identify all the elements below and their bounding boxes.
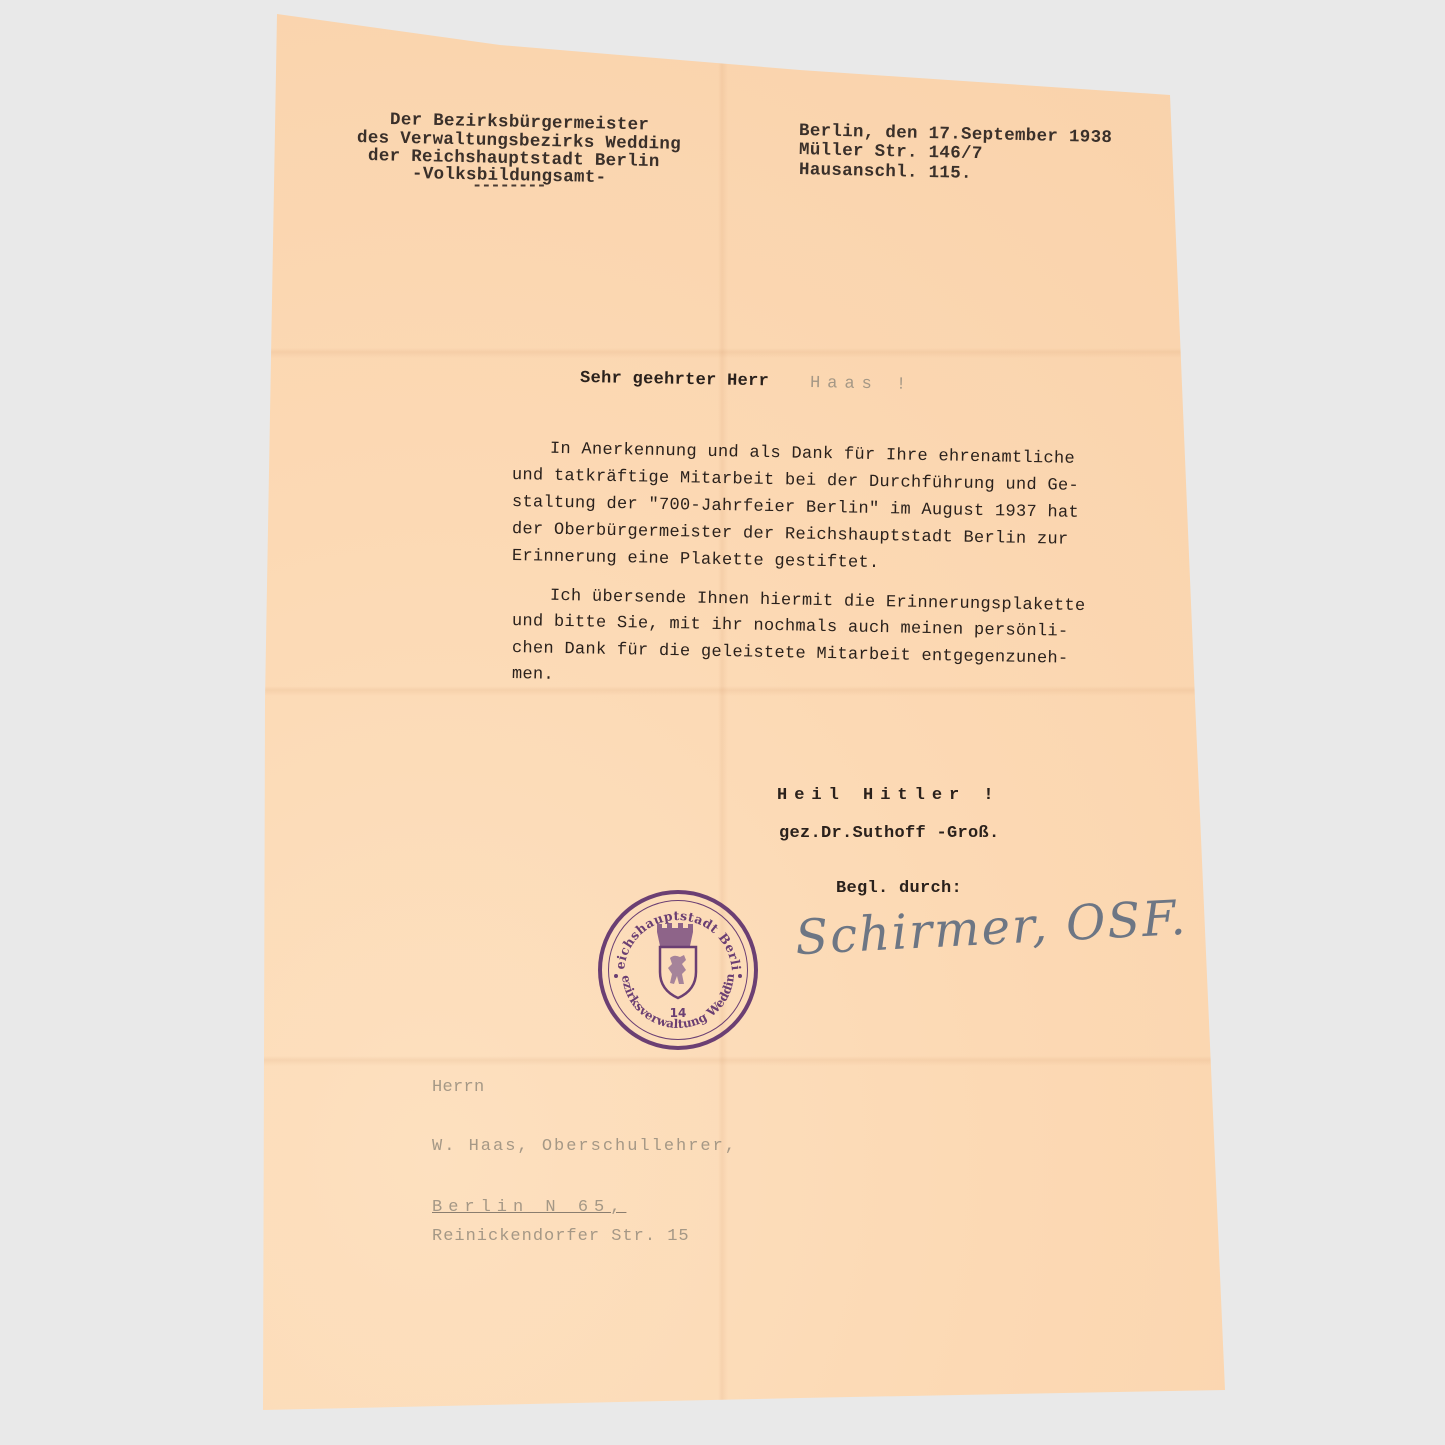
address-street: Reinickendorfer Str. 15 — [432, 1227, 690, 1246]
official-stamp: Reichshauptstadt Berlin Bezirksverwaltun… — [598, 890, 758, 1050]
stamp-number: 14 — [602, 1006, 754, 1020]
certified-label: Begl. durch: — [836, 879, 962, 898]
salutation-text: Sehr geehrter Herr — [580, 369, 769, 391]
signed-by: gez.Dr.Suthoff -Groß. — [779, 824, 1000, 843]
address-name: W. Haas, Oberschullehrer, — [432, 1137, 737, 1156]
extension-line: Hausanschl. 115. — [799, 160, 972, 184]
letterhead-rule: -------- — [472, 177, 546, 196]
body-line: men. — [512, 665, 554, 685]
letter-paper — [0, 0, 1445, 1445]
address-salutation: Herrn — [432, 1078, 485, 1097]
stamp-emblem-icon: Reichshauptstadt Berlin Bezirksverwaltun… — [602, 894, 754, 1046]
address-city: Berlin N 65, — [432, 1198, 626, 1217]
closing-greeting: Heil Hitler ! — [777, 786, 1001, 805]
salutation-name: Haas ! — [810, 374, 914, 395]
